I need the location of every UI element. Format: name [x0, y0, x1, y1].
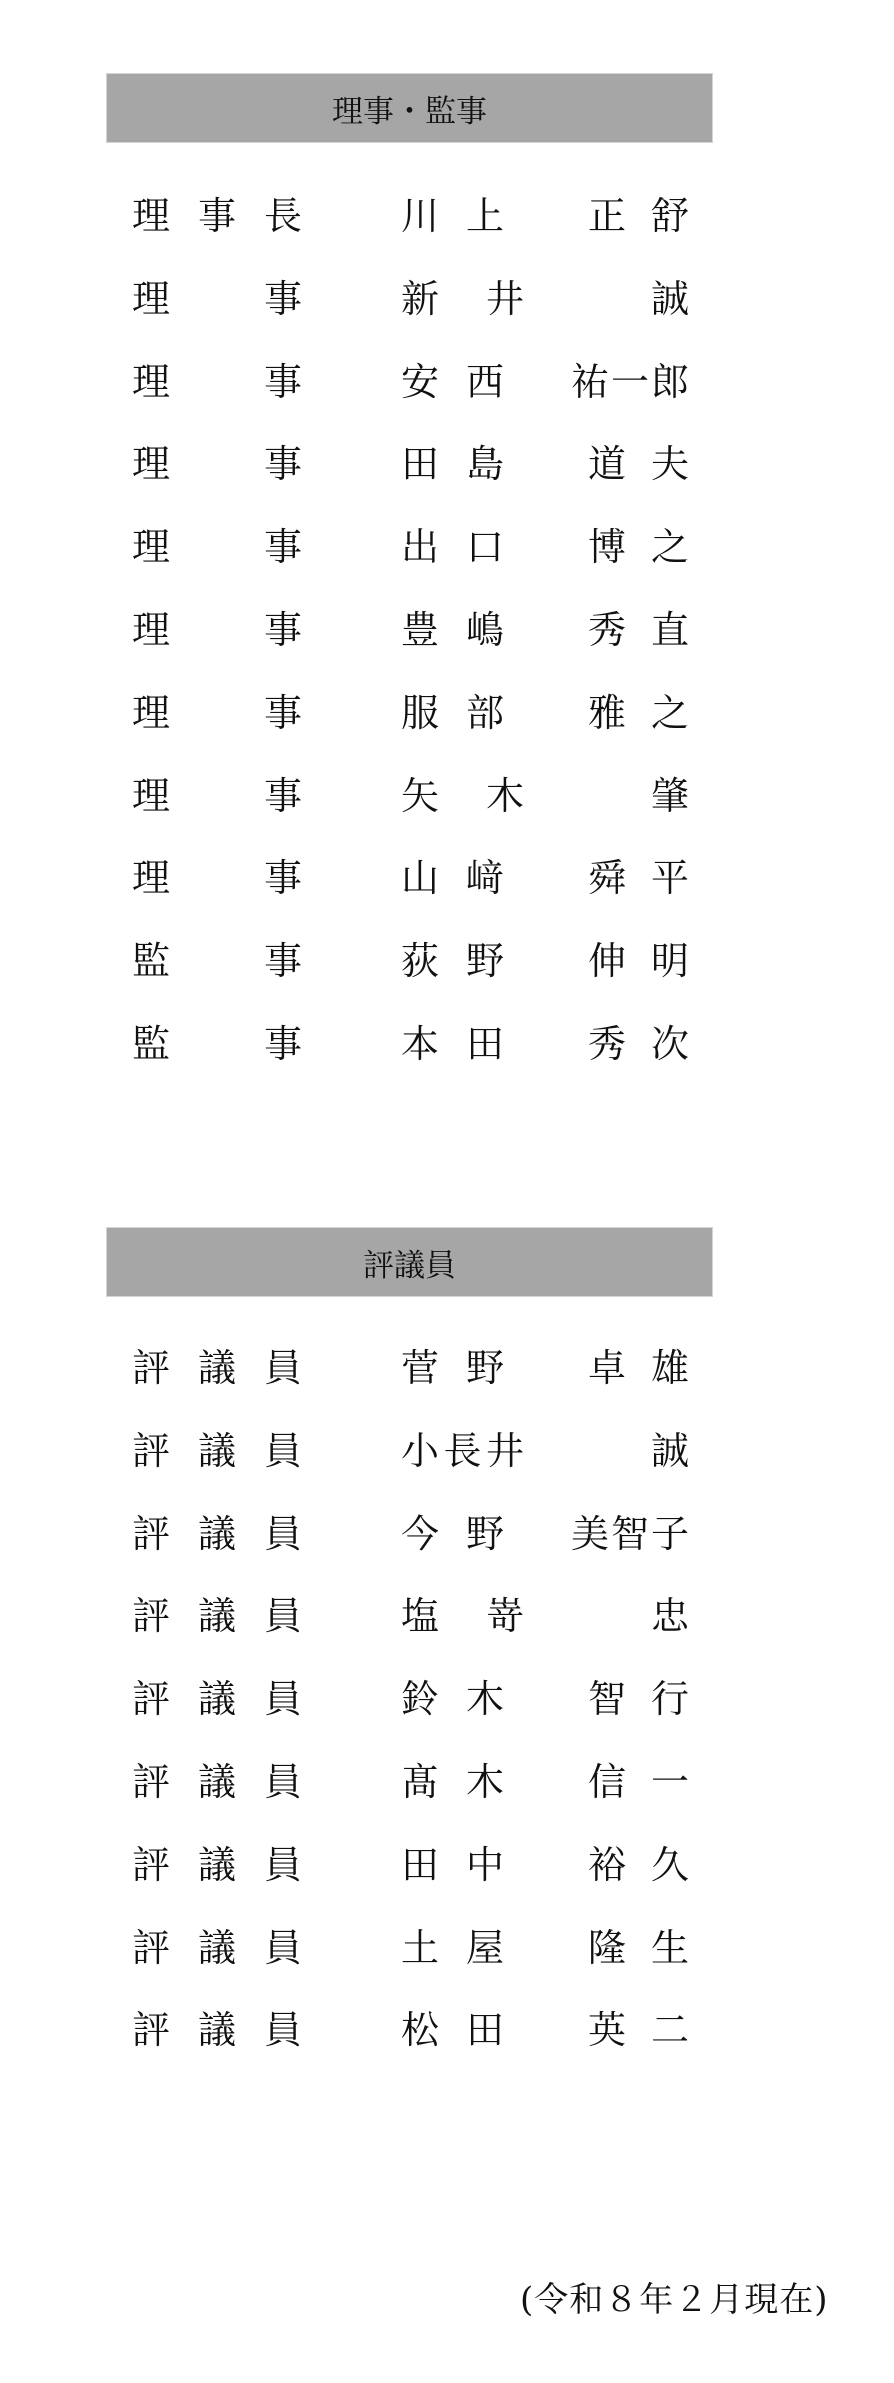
surname-char: 出 — [400, 523, 440, 571]
surname-char: 中 — [465, 1841, 505, 1889]
member-role: 理事 — [131, 275, 303, 323]
given-name-char: 隆 — [587, 1924, 627, 1972]
role-char: 事 — [263, 772, 303, 820]
member-given-name: 肇 — [525, 772, 690, 820]
role-char: 員 — [263, 1841, 303, 1889]
member-given-name: 秀直 — [525, 606, 690, 654]
member-given-name: 信一 — [525, 1758, 690, 1806]
given-name-char: 祐 — [570, 358, 610, 406]
member-row: 理事長川上正舒 — [0, 192, 894, 240]
role-char: 事 — [263, 358, 303, 406]
surname-char: 新 — [400, 275, 440, 323]
surname-char: 井 — [485, 1427, 525, 1475]
member-given-name: 裕久 — [525, 1841, 690, 1889]
surname-char: 安 — [400, 358, 440, 406]
surname-char: 本 — [400, 1020, 440, 1068]
surname-char: 﨑 — [465, 854, 505, 902]
member-role: 理事 — [131, 854, 303, 902]
role-char: 事 — [263, 1020, 303, 1068]
member-role: 監事 — [131, 1020, 303, 1068]
surname-char: 田 — [465, 2006, 505, 2054]
member-role: 理事 — [131, 523, 303, 571]
role-char: 理 — [131, 358, 171, 406]
surname-char: 小 — [400, 1427, 440, 1475]
member-surname: 荻野 — [400, 937, 505, 985]
member-row: 評議員髙木信一 — [0, 1758, 894, 1806]
role-char: 員 — [263, 1675, 303, 1723]
member-surname: 今野 — [400, 1510, 505, 1558]
given-name-char: 秀 — [587, 1020, 627, 1068]
surname-char: 田 — [400, 440, 440, 488]
member-role: 評議員 — [131, 1510, 303, 1558]
surname-char: 豊 — [400, 606, 440, 654]
role-char: 事 — [263, 440, 303, 488]
member-given-name: 正舒 — [525, 192, 690, 240]
given-name-char: 秀 — [587, 606, 627, 654]
role-char: 事 — [263, 937, 303, 985]
role-char: 理 — [131, 275, 171, 323]
surname-char: 川 — [400, 192, 440, 240]
given-name-char: 一 — [650, 1758, 690, 1806]
section-title: 評議員 — [363, 1240, 456, 1285]
surname-char: 鈴 — [400, 1675, 440, 1723]
surname-char: 島 — [465, 440, 505, 488]
role-char: 議 — [197, 1675, 237, 1723]
role-char: 員 — [263, 1510, 303, 1558]
member-surname: 髙木 — [400, 1758, 505, 1806]
member-surname: 菅野 — [400, 1344, 505, 1392]
role-char: 監 — [131, 937, 171, 985]
surname-char: 塩 — [400, 1592, 440, 1640]
role-char: 事 — [263, 606, 303, 654]
given-name-char: 英 — [587, 2006, 627, 2054]
given-name-char: 信 — [587, 1758, 627, 1806]
member-surname: 田島 — [400, 440, 505, 488]
member-surname: 安西 — [400, 358, 505, 406]
given-name-char: 一 — [610, 358, 650, 406]
surname-char: 井 — [485, 275, 525, 323]
surname-char: 長 — [443, 1427, 483, 1475]
role-char: 理 — [131, 689, 171, 737]
surname-char: 上 — [465, 192, 505, 240]
role-char: 事 — [263, 523, 303, 571]
given-name-char: 夫 — [650, 440, 690, 488]
member-surname: 松田 — [400, 2006, 505, 2054]
member-role: 理事 — [131, 606, 303, 654]
role-char: 理 — [131, 440, 171, 488]
role-char — [197, 854, 237, 902]
member-surname: 小長井 — [400, 1427, 525, 1475]
member-row: 評議員菅野卓雄 — [0, 1344, 894, 1392]
member-row: 理事安西祐一郎 — [0, 358, 894, 406]
role-char: 評 — [131, 1841, 171, 1889]
role-char: 員 — [263, 1758, 303, 1806]
role-char: 監 — [131, 1020, 171, 1068]
member-role: 理事 — [131, 772, 303, 820]
member-row: 評議員鈴木智行 — [0, 1675, 894, 1723]
role-char — [197, 440, 237, 488]
role-char: 議 — [197, 1592, 237, 1640]
member-surname: 矢木 — [400, 772, 525, 820]
role-char — [197, 523, 237, 571]
member-row: 監事荻野伸明 — [0, 937, 894, 985]
surname-char: 松 — [400, 2006, 440, 2054]
member-surname: 本田 — [400, 1020, 505, 1068]
role-char: 長 — [263, 192, 303, 240]
role-char: 理 — [131, 606, 171, 654]
member-surname: 出口 — [400, 523, 505, 571]
role-char: 事 — [263, 275, 303, 323]
surname-char: 髙 — [400, 1758, 440, 1806]
surname-char: 口 — [465, 523, 505, 571]
role-char — [197, 358, 237, 406]
role-char: 評 — [131, 1344, 171, 1392]
role-char: 評 — [131, 1427, 171, 1475]
role-char: 議 — [197, 1427, 237, 1475]
member-row: 理事出口博之 — [0, 523, 894, 571]
surname-char: 荻 — [400, 937, 440, 985]
role-char — [197, 772, 237, 820]
member-given-name: 道夫 — [525, 440, 690, 488]
surname-char: 嵜 — [485, 1592, 525, 1640]
given-name-char: 行 — [650, 1675, 690, 1723]
member-given-name: 雅之 — [525, 689, 690, 737]
given-name-char: 郎 — [650, 358, 690, 406]
given-name-char: 智 — [587, 1675, 627, 1723]
surname-char: 野 — [465, 1344, 505, 1392]
role-char: 理 — [131, 772, 171, 820]
surname-char: 野 — [465, 937, 505, 985]
member-role: 評議員 — [131, 1841, 303, 1889]
member-given-name: 美智子 — [525, 1510, 690, 1558]
role-char — [197, 937, 237, 985]
member-role: 理事 — [131, 358, 303, 406]
member-role: 評議員 — [131, 1592, 303, 1640]
member-given-name: 忠 — [525, 1592, 690, 1640]
role-char: 議 — [197, 1344, 237, 1392]
role-char: 員 — [263, 1924, 303, 1972]
member-role: 評議員 — [131, 1924, 303, 1972]
given-name-char: 誠 — [650, 1427, 690, 1475]
member-surname: 山﨑 — [400, 854, 505, 902]
section-title: 理事・監事 — [332, 86, 487, 131]
role-char — [197, 689, 237, 737]
surname-char: 屋 — [465, 1924, 505, 1972]
role-char: 議 — [197, 1510, 237, 1558]
surname-char: 部 — [465, 689, 505, 737]
role-char: 評 — [131, 2006, 171, 2054]
member-given-name: 卓雄 — [525, 1344, 690, 1392]
member-role: 評議員 — [131, 1427, 303, 1475]
role-char: 評 — [131, 1924, 171, 1972]
member-row: 理事矢木肇 — [0, 772, 894, 820]
member-role: 理事 — [131, 689, 303, 737]
member-row: 評議員松田英二 — [0, 2006, 894, 2054]
member-role: 評議員 — [131, 1758, 303, 1806]
given-name-char: 誠 — [650, 275, 690, 323]
surname-char: 菅 — [400, 1344, 440, 1392]
given-name-char: 雄 — [650, 1344, 690, 1392]
surname-char: 矢 — [400, 772, 440, 820]
role-char — [197, 606, 237, 654]
member-given-name: 英二 — [525, 2006, 690, 2054]
given-name-char: 直 — [650, 606, 690, 654]
role-char: 事 — [263, 689, 303, 737]
member-given-name: 誠 — [525, 1427, 690, 1475]
member-given-name: 隆生 — [525, 1924, 690, 1972]
given-name-char: 舒 — [650, 192, 690, 240]
given-name-char: 卓 — [587, 1344, 627, 1392]
member-given-name: 秀次 — [525, 1020, 690, 1068]
role-char: 員 — [263, 2006, 303, 2054]
member-given-name: 舜平 — [525, 854, 690, 902]
section-header-officers: 理事・監事 — [106, 73, 713, 143]
given-name-char: 美 — [570, 1510, 610, 1558]
member-row: 理事山﨑舜平 — [0, 854, 894, 902]
surname-char: 木 — [465, 1758, 505, 1806]
member-surname: 豊嶋 — [400, 606, 505, 654]
member-row: 理事豊嶋秀直 — [0, 606, 894, 654]
role-char: 員 — [263, 1344, 303, 1392]
role-char: 事 — [197, 192, 237, 240]
member-given-name: 伸明 — [525, 937, 690, 985]
member-row: 評議員今野美智子 — [0, 1510, 894, 1558]
given-name-char: 道 — [587, 440, 627, 488]
member-surname: 服部 — [400, 689, 505, 737]
given-name-char: 正 — [587, 192, 627, 240]
given-name-char: 子 — [650, 1510, 690, 1558]
surname-char: 服 — [400, 689, 440, 737]
surname-char: 田 — [465, 1020, 505, 1068]
given-name-char: 裕 — [587, 1841, 627, 1889]
member-surname: 田中 — [400, 1841, 505, 1889]
given-name-char: 肇 — [650, 772, 690, 820]
given-name-char: 之 — [650, 523, 690, 571]
role-char: 員 — [263, 1592, 303, 1640]
as-of-date-note: (令和８年２月現在) — [520, 2278, 829, 2322]
role-char — [197, 1020, 237, 1068]
given-name-char: 之 — [650, 689, 690, 737]
role-char: 議 — [197, 1758, 237, 1806]
given-name-char: 博 — [587, 523, 627, 571]
role-char: 理 — [131, 192, 171, 240]
given-name-char: 明 — [650, 937, 690, 985]
member-row: 評議員小長井誠 — [0, 1427, 894, 1475]
member-row: 評議員塩嵜忠 — [0, 1592, 894, 1640]
given-name-char: 平 — [650, 854, 690, 902]
surname-char: 木 — [465, 1675, 505, 1723]
member-row: 理事新井誠 — [0, 275, 894, 323]
given-name-char: 伸 — [587, 937, 627, 985]
member-row: 理事田島道夫 — [0, 440, 894, 488]
role-char: 評 — [131, 1510, 171, 1558]
member-role: 理事長 — [131, 192, 303, 240]
given-name-char: 久 — [650, 1841, 690, 1889]
member-surname: 鈴木 — [400, 1675, 505, 1723]
given-name-char: 舜 — [587, 854, 627, 902]
member-surname: 塩嵜 — [400, 1592, 525, 1640]
surname-char: 木 — [485, 772, 525, 820]
member-row: 監事本田秀次 — [0, 1020, 894, 1068]
given-name-char: 次 — [650, 1020, 690, 1068]
role-char: 員 — [263, 1427, 303, 1475]
member-surname: 川上 — [400, 192, 505, 240]
member-role: 監事 — [131, 937, 303, 985]
role-char: 議 — [197, 1841, 237, 1889]
member-role: 評議員 — [131, 1675, 303, 1723]
role-char: 議 — [197, 2006, 237, 2054]
role-char: 議 — [197, 1924, 237, 1972]
surname-char: 今 — [400, 1510, 440, 1558]
surname-char: 山 — [400, 854, 440, 902]
member-row: 理事服部雅之 — [0, 689, 894, 737]
member-given-name: 博之 — [525, 523, 690, 571]
section-header-council: 評議員 — [106, 1227, 713, 1297]
role-char — [197, 275, 237, 323]
given-name-char: 雅 — [587, 689, 627, 737]
surname-char: 西 — [465, 358, 505, 406]
role-char: 評 — [131, 1592, 171, 1640]
member-given-name: 誠 — [525, 275, 690, 323]
given-name-char: 二 — [650, 2006, 690, 2054]
member-row: 評議員田中裕久 — [0, 1841, 894, 1889]
member-role: 理事 — [131, 440, 303, 488]
role-char: 理 — [131, 854, 171, 902]
member-surname: 新井 — [400, 275, 525, 323]
role-char: 評 — [131, 1675, 171, 1723]
member-role: 評議員 — [131, 2006, 303, 2054]
role-char: 理 — [131, 523, 171, 571]
member-surname: 土屋 — [400, 1924, 505, 1972]
surname-char: 嶋 — [465, 606, 505, 654]
surname-char: 土 — [400, 1924, 440, 1972]
given-name-char: 生 — [650, 1924, 690, 1972]
member-given-name: 智行 — [525, 1675, 690, 1723]
given-name-char: 智 — [610, 1510, 650, 1558]
surname-char: 野 — [465, 1510, 505, 1558]
role-char: 評 — [131, 1758, 171, 1806]
surname-char: 田 — [400, 1841, 440, 1889]
given-name-char: 忠 — [650, 1592, 690, 1640]
member-given-name: 祐一郎 — [525, 358, 690, 406]
member-role: 評議員 — [131, 1344, 303, 1392]
member-row: 評議員土屋隆生 — [0, 1924, 894, 1972]
role-char: 事 — [263, 854, 303, 902]
